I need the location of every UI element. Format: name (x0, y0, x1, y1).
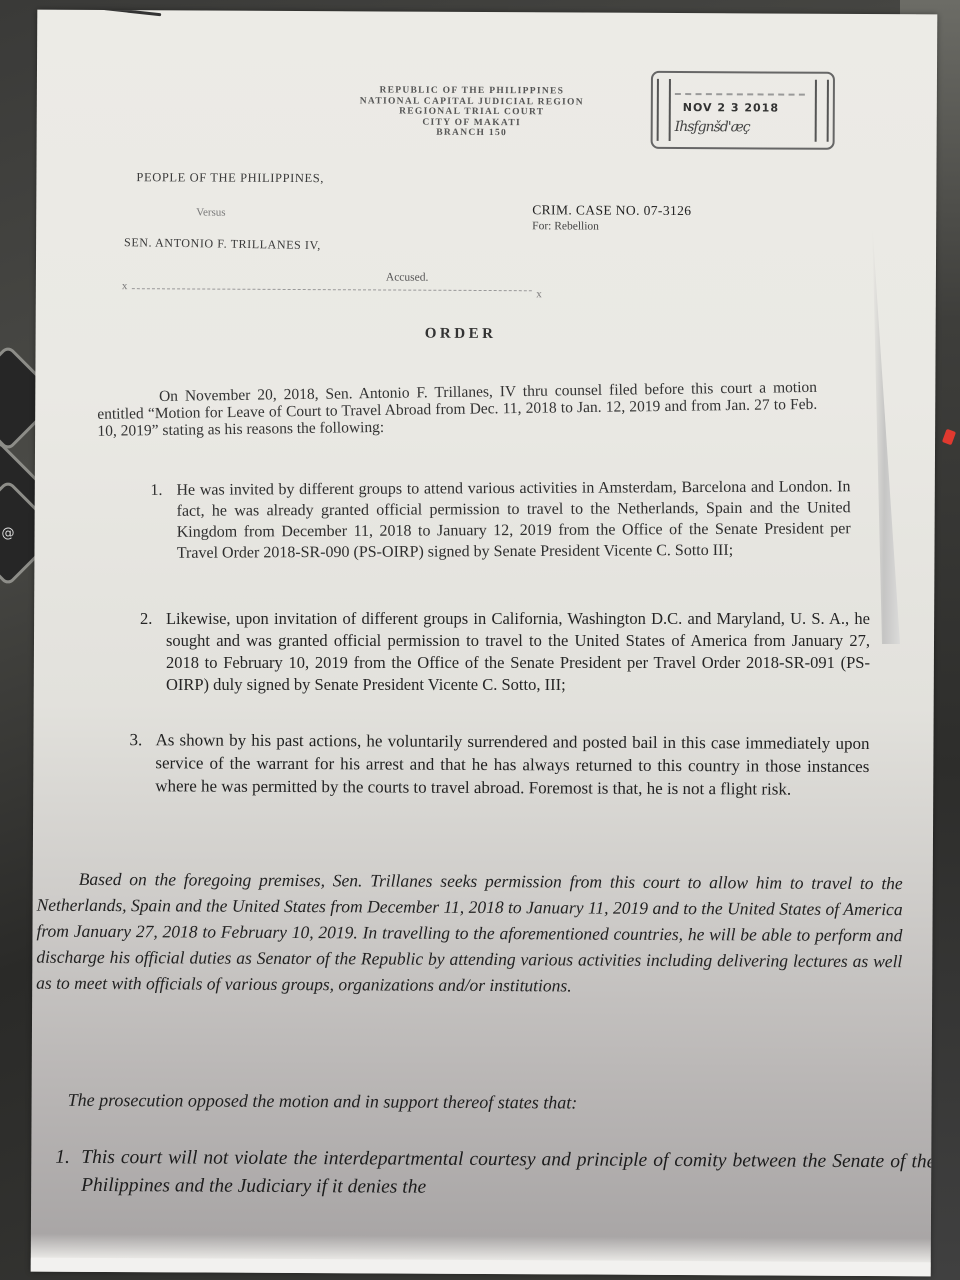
item-number: 3. (129, 728, 155, 797)
intro-paragraph: On November 20, 2018, Sen. Antonio F. Tr… (97, 379, 818, 440)
case-offense: For: Rebellion (532, 220, 599, 232)
item-text: As shown by his past actions, he volunta… (155, 728, 869, 801)
pen-mark (103, 10, 161, 17)
stamp-signature: Ihsƒgnšd'æç (675, 119, 750, 135)
reason-item: 2. Likewise, upon invitation of differen… (140, 608, 870, 696)
header-line: National Capital Judicial Region (317, 96, 627, 108)
item-text: This court will not violate the interdep… (81, 1144, 935, 1204)
item-text: He was invited by different groups to at… (176, 476, 850, 564)
item-number: 2. (140, 608, 166, 696)
case-number: CRIM. CASE NO. 07-3126 (532, 202, 691, 219)
accused-name: Sen. Antonio F. Trillanes IV, (124, 235, 321, 253)
versus-label: Versus (196, 206, 225, 218)
court-order-page: Republic of the Philippines National Cap… (31, 10, 938, 1277)
x-mark-right: x (536, 288, 542, 300)
item-text: Likewise, upon invitation of different g… (166, 608, 870, 696)
item-number: 1. (150, 480, 176, 564)
based-paragraph: Based on the foregoing premises, Sen. Tr… (36, 866, 903, 1001)
stamp-date: NOV 2 3 2018 (683, 101, 779, 115)
prosecution-point: 1. This court will not violate the inter… (55, 1144, 935, 1205)
caption-separator: x x (122, 280, 542, 298)
plaintiff: People of the Philippines, (136, 170, 324, 186)
prosecution-paragraph: The prosecution opposed the motion and i… (68, 1088, 908, 1116)
header-line: Branch 150 (317, 127, 627, 139)
reason-item: 3. As shown by his past actions, he volu… (129, 728, 869, 801)
document-title: ORDER (396, 326, 526, 344)
received-stamp: NOV 2 3 2018 Ihsƒgnšd'æç (651, 71, 835, 150)
court-header: Republic of the Philippines National Cap… (317, 85, 627, 139)
item-number: 1. (55, 1144, 81, 1200)
stamp-border-text (675, 77, 805, 96)
dashed-line (132, 288, 532, 291)
reason-item: 1. He was invited by different groups to… (150, 476, 850, 564)
paper-fold (870, 224, 902, 644)
x-mark-left: x (122, 280, 128, 292)
